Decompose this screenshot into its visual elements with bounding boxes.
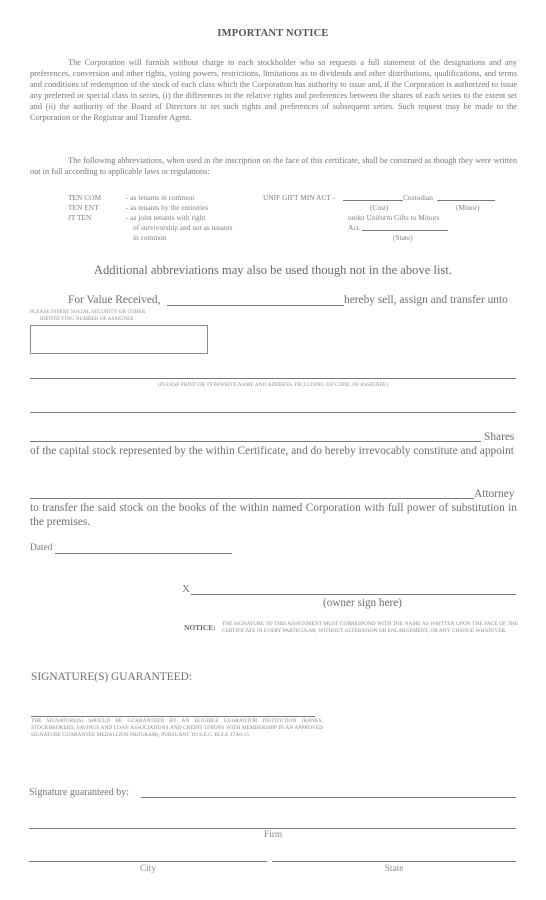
transfer-text: to transfer the said stock on the books …: [30, 501, 517, 529]
dated-field[interactable]: [55, 553, 232, 554]
page-title: IMPORTANT NOTICE: [0, 28, 546, 39]
assignor-name-field[interactable]: [167, 305, 344, 306]
owner-sign-here-caption: (owner sign here): [323, 597, 402, 609]
cust-caption: (Cust): [370, 203, 388, 213]
shares-label: Shares: [484, 431, 514, 443]
signature-guaranteed-by-label: Signature guaranteed by:: [29, 787, 129, 798]
custodian-label: Custodian: [403, 193, 433, 203]
ssn-input[interactable]: [30, 325, 208, 354]
minor-caption: (Minor): [456, 203, 479, 213]
custodian-minor-line: [437, 200, 495, 201]
abbreviations-intro: The following abbreviations, when used i…: [30, 155, 517, 177]
dated-label: Dated: [30, 543, 52, 553]
firm-label: Firm: [0, 830, 546, 840]
abbr-jt-ten-continuation-2: in common: [133, 233, 166, 243]
abbreviations-intro-text: The following abbreviations, when used i…: [30, 156, 517, 176]
abbr-code-jt-ten: JT TEN: [68, 213, 91, 223]
signature-guaranteed-by-field[interactable]: [141, 797, 516, 798]
under-ugma-text: under Uniform Gifts to Minors: [348, 213, 440, 223]
ssn-label-line1: PLEASE INSERT SOCIAL SECURITY OR OTHER: [30, 309, 145, 315]
hereby-sell-text: hereby sell, assign and transfer unto: [344, 294, 508, 306]
abbr-code-ten-com: TEN COM: [68, 193, 101, 203]
owner-signature-field[interactable]: [191, 594, 516, 595]
signatures-guaranteed-heading: SIGNATURE(S) GUARANTEED:: [31, 671, 192, 683]
attorney-field[interactable]: [30, 498, 474, 499]
state-caption: (State): [393, 233, 413, 243]
abbr-meaning-ten-com: - as tenants in common: [126, 193, 195, 203]
city-label: City: [29, 864, 267, 874]
assignee-name-address-field[interactable]: [30, 378, 516, 379]
abbr-code-ten-ent: TEN ENT: [68, 203, 99, 213]
assignee-address-field[interactable]: [30, 412, 516, 413]
assignee-caption: (PLEASE PRINT OR TYPEWRITE NAME AND ADDR…: [0, 382, 546, 388]
attorney-label: Attorney: [474, 488, 515, 500]
unif-gift-label: UNIF GIFT MIN ACT -: [263, 193, 335, 203]
for-value-received-label: For Value Received,: [68, 294, 160, 306]
custodian-cust-line: [343, 200, 403, 201]
firm-field[interactable]: [29, 828, 516, 829]
abbr-meaning-jt-ten: - as joint tenants with right: [126, 213, 205, 223]
state-field[interactable]: [272, 861, 516, 862]
guarantee-stamp-field[interactable]: [31, 716, 315, 717]
ssn-label-line2: IDENTIFYING NUMBER OF ASSIGNEE: [40, 316, 134, 322]
guarantee-note: THE SIGNATURE(S) SHOULD BE GUARANTEED BY…: [31, 718, 323, 739]
shares-field[interactable]: [30, 441, 481, 442]
capital-stock-text: of the capital stock represented by the …: [30, 444, 517, 458]
abbr-meaning-ten-ent: - as tenants by the entireties: [126, 203, 208, 213]
notice-paragraph: The Corporation will furnish without cha…: [30, 57, 517, 123]
x-mark: X: [182, 583, 190, 595]
act-label: Act.: [348, 223, 361, 233]
act-state-line: [362, 230, 448, 231]
additional-abbreviations-note: Additional abbreviations may also be use…: [0, 263, 546, 278]
state-label: State: [272, 864, 516, 874]
abbr-jt-ten-continuation-1: of survivorship and not as tenants: [133, 223, 233, 233]
notice-paragraph-text: The Corporation will furnish without cha…: [30, 58, 517, 122]
city-field[interactable]: [29, 861, 267, 862]
notice-label: NOTICE:: [184, 623, 216, 632]
notice-text: THE SIGNATURE TO THIS ASSIGNMENT MUST CO…: [222, 621, 518, 635]
